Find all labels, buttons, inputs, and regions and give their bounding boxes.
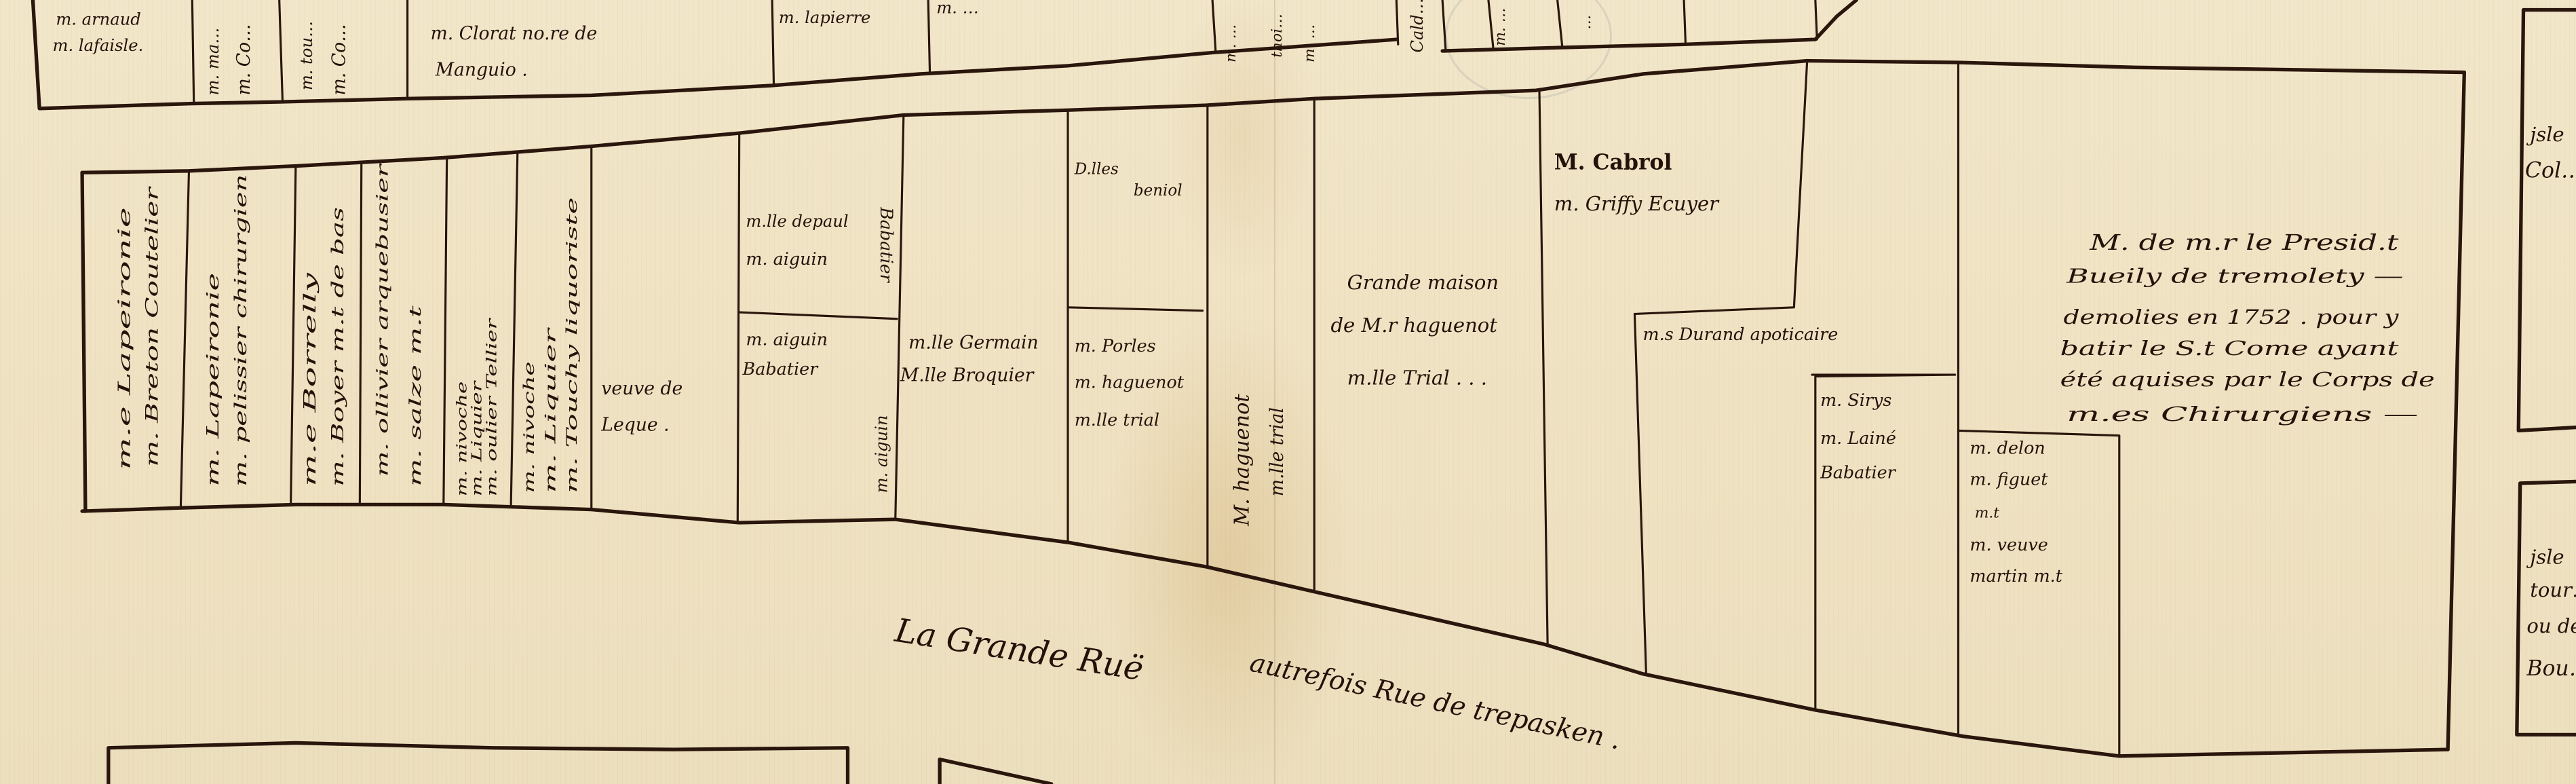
parcel-owner-label: Grande maison <box>1347 271 1499 294</box>
parcel-owner-label: m. Co… <box>329 24 350 95</box>
parcel-owner-label: m. Lapeironie <box>204 273 223 487</box>
bottom-row-parcel-lines <box>109 743 1052 784</box>
parcel-owner-label: m. pelissier chirurgien <box>231 174 250 487</box>
parcel-owner-label: ou de… <box>2526 614 2576 637</box>
parcel-owner-label: m. arnaud <box>56 10 140 29</box>
parcel-owner-label: m.s Durand apoticaire <box>1643 324 1839 344</box>
parcel-owner-label: martin m.t <box>1969 565 2062 586</box>
parcel-owner-label: Babatier <box>742 358 820 379</box>
parcel-owner-label: m. Touchy liquoriste <box>564 198 581 493</box>
parcel-owner-label-vertical: Babatier <box>877 206 897 284</box>
parcel-owner-label: m. salze m.t <box>407 305 425 487</box>
parcel-owner-label: m.es Chirurgiens — <box>2066 403 2418 426</box>
parcel-owner-label: m. Porles <box>1075 335 1156 356</box>
parcel-owner-label: m.e Lapeironie <box>115 207 134 470</box>
parcel-owner-label: m. Breton Coutelier <box>141 185 161 467</box>
parcel-owner-label: m. ollivier arquebusier <box>374 162 391 477</box>
parcel-owner-label: m. haguenot <box>1075 371 1185 392</box>
parcel-owner-label: Col… <box>2525 159 2576 183</box>
parcel-owner-label: été aquises par le Corps de <box>2060 368 2435 391</box>
parcel-owner-label: m. veuve <box>1969 534 2048 555</box>
parcel-owner-label: jsle <box>2526 123 2564 146</box>
parcel-owner-label: m. … <box>936 0 979 17</box>
parcel-owner-label: m. nivoche <box>454 381 470 496</box>
parcel-owner-label: M. de m.r le Presid.t <box>2089 231 2399 255</box>
street-former-name-label: autrefois Rue de trepasken . <box>1247 648 1623 756</box>
parcel-owner-label: m.lle trial <box>1075 409 1159 430</box>
parcel-owner-label: m. aiguin <box>746 329 828 349</box>
parcel-owner-label: m.t <box>1975 505 2000 522</box>
parcel-owner-label: m. Boyer m.t de bas <box>328 207 347 487</box>
parcel-owner-label: Babatier <box>1820 462 1897 483</box>
parcel-owner-label: m.lle depaul <box>746 212 848 231</box>
parcel-owner-label: m. Liquier <box>542 326 559 493</box>
parcel-owner-label: batir le S.t Come ayant <box>2060 337 2399 360</box>
parcel-owner-label: m. aiguin <box>746 248 828 269</box>
parcel-owner-label: m. lafaisle. <box>52 36 143 55</box>
parcel-owner-label: beniol <box>1134 182 1183 200</box>
parcel-owner-label-haguenot: M. haguenot <box>1230 394 1254 527</box>
parcel-owner-label: m. figuet <box>1969 468 2048 489</box>
parcel-owner-label: m. … <box>1492 8 1509 46</box>
parcel-owner-label: Bueily de tremolety — <box>2066 264 2404 287</box>
parcel-owner-label: Cald… <box>1408 0 1427 52</box>
parcel-owner-label: demolies en 1752 . pour y <box>2063 305 2399 329</box>
parcel-owner-label: thoi… <box>1269 14 1286 58</box>
parcel-owner-label: de M.r haguenot <box>1330 314 1497 337</box>
parcel-owner-label: tour… <box>2530 578 2576 601</box>
parcel-owner-label: m. delon <box>1969 437 2045 458</box>
parcel-owner-label: … <box>1577 15 1594 30</box>
parcel-owner-label: m. … <box>1223 24 1239 62</box>
parcel-owner-label: Manguio . <box>435 59 528 80</box>
parcel-owner-label: m.e Borrelly <box>301 272 320 486</box>
parcel-owner-label: m. Co… <box>233 24 254 95</box>
parcel-owner-label: Leque . <box>600 414 669 435</box>
parcel-owner-label: m. ma… <box>204 28 223 96</box>
parcel-owner-label: m. lapierre <box>779 8 871 27</box>
parcel-owner-label: m. nivoche <box>521 362 538 493</box>
parcel-owner-label: m. … <box>1301 24 1318 62</box>
parcel-owner-label: m.lle Trial . . . <box>1347 367 1487 390</box>
parcel-owner-label: M. Cabrol <box>1554 149 1672 174</box>
parcel-owner-label: m. Griffy Ecuyer <box>1554 192 1720 215</box>
parcel-owner-label: m. tou… <box>297 21 316 90</box>
parcel-owner-label: m.lle Germain <box>908 332 1039 353</box>
parcel-owner-label: veuve de <box>601 378 683 399</box>
parcel-owner-label: M.lle Broquier <box>900 365 1035 386</box>
parcel-owner-label: Bou… <box>2526 656 2576 681</box>
parcel-owner-label: m.lle trial <box>1267 407 1288 496</box>
parcel-owner-label: jsle <box>2526 546 2564 569</box>
parcel-owner-label: m. Liquier <box>469 380 485 496</box>
street-name-label: La Grande Ruë <box>891 612 1146 688</box>
cadastral-plan: m. arnaudm. lafaisle.m. ma…m. Co…m. tou…… <box>0 0 2576 784</box>
parcel-owner-label: m. Lainé <box>1820 428 1896 448</box>
parcel-owner-label: D.lles <box>1074 161 1119 179</box>
parcel-owner-label: m. Clorat no.re de <box>430 23 597 44</box>
parcel-owner-label: m. Sirys <box>1820 390 1891 410</box>
parcel-owner-label: m. aiguin <box>872 415 891 493</box>
parcel-owner-label: m. oulier Tellier <box>483 318 499 496</box>
